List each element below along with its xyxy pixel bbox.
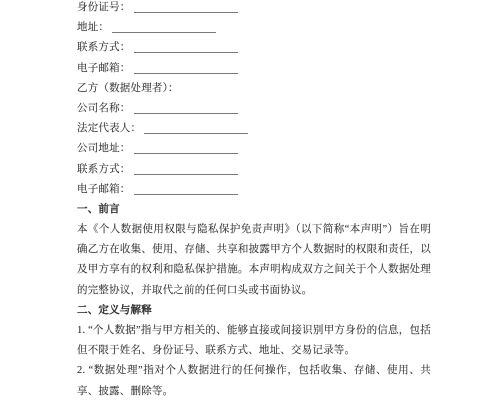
section-heading-preamble: 一、前言 <box>77 200 431 220</box>
document-page: 身份证号： 地址： 联系方式： 电子邮箱： 乙方（数据处理者）： 公司名称： 法… <box>77 0 431 375</box>
field-label: 联系方式： <box>77 42 131 53</box>
section-heading-definitions: 二、定义与解释 <box>77 301 431 321</box>
blank-underline <box>134 162 238 175</box>
blank-underline <box>134 141 238 154</box>
blank-underline <box>134 101 238 114</box>
field-label: 公司地址： <box>77 143 131 154</box>
field-label: 地址： <box>77 22 109 33</box>
party-b-label: 乙方（数据处理者）： <box>77 79 431 99</box>
paragraph-definition-2: 2. “数据处理”指对个人数据进行的任何操作，包括收集、存储、使用、共享、披露、… <box>77 361 431 375</box>
field-label: 电子邮箱： <box>77 63 131 74</box>
field-label: 身份证号： <box>77 2 131 13</box>
field-label: 乙方（数据处理者）： <box>77 83 179 94</box>
field-label: 联系方式： <box>77 164 131 175</box>
form-field-legal-representative: 法定代表人： <box>77 119 431 139</box>
form-field-address: 地址： <box>77 18 431 38</box>
paragraph-definition-1: 1. “个人数据”指与甲方相关的、能够直接或间接识别甲方身份的信息，包括但不限于… <box>77 321 431 361</box>
blank-underline <box>134 182 238 195</box>
blank-underline <box>134 61 238 74</box>
form-field-company-address: 公司地址： <box>77 139 431 159</box>
paragraph-preamble: 本《个人数据使用权限与隐私保护免责声明》（以下简称“本声明”）旨在明确乙方在收集… <box>77 220 431 301</box>
blank-underline <box>112 20 216 33</box>
form-field-email-2: 电子邮箱： <box>77 180 431 200</box>
blank-underline <box>144 121 248 134</box>
field-label: 法定代表人： <box>77 123 141 134</box>
blank-underline <box>134 40 238 53</box>
form-field-id-number: 身份证号： <box>77 0 431 18</box>
blank-underline <box>134 0 238 13</box>
form-field-contact-2: 联系方式： <box>77 160 431 180</box>
field-label: 电子邮箱： <box>77 184 131 195</box>
form-field-contact: 联系方式： <box>77 38 431 58</box>
form-field-company-name: 公司名称： <box>77 99 431 119</box>
form-field-email: 电子邮箱： <box>77 59 431 79</box>
field-label: 公司名称： <box>77 103 131 114</box>
